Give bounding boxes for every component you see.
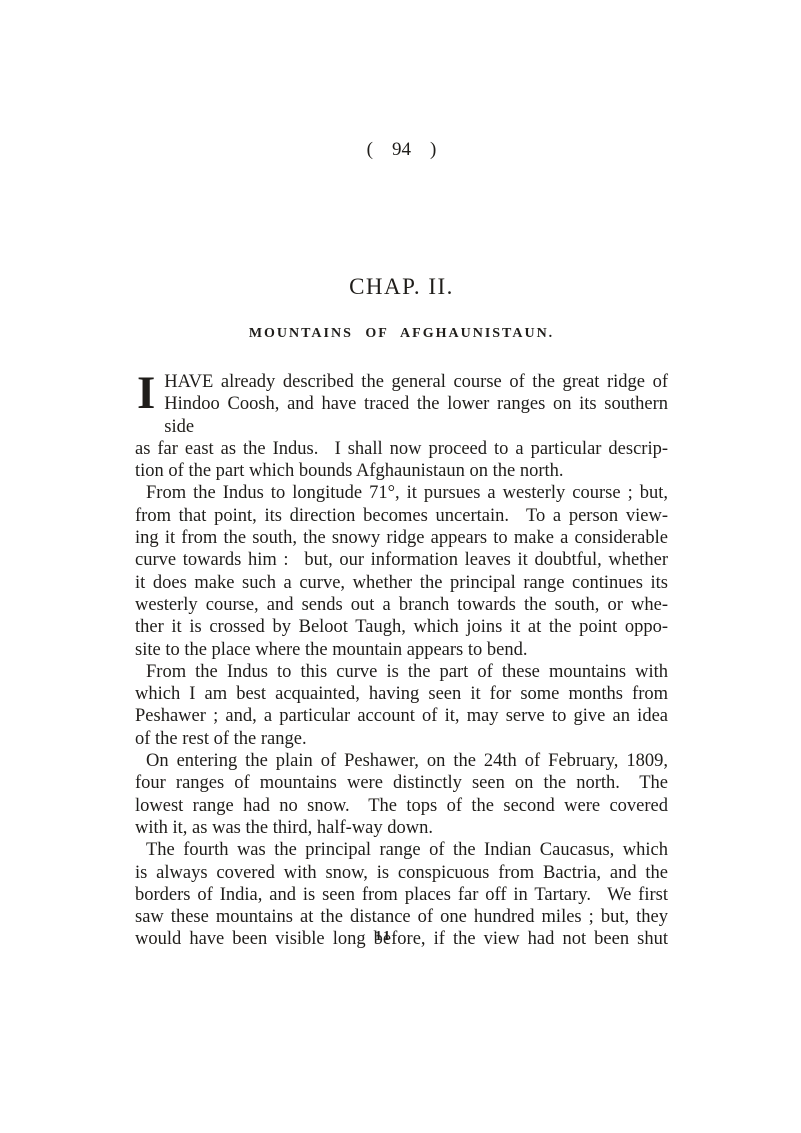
text-line: four ranges of mountains were distinctly… xyxy=(135,772,668,794)
paragraph-1: I HAVE already described the general cou… xyxy=(135,371,668,482)
text-line: On entering the plain of Peshawer, on th… xyxy=(135,750,668,772)
text-line: which I am best acquainted, having seen … xyxy=(135,683,668,705)
text-line: is always covered with snow, is conspicu… xyxy=(135,862,668,884)
drop-cap: I xyxy=(137,372,155,416)
text-line: Hindoo Coosh, and have traced the lower … xyxy=(135,393,668,438)
text-line: site to the place where the mountain app… xyxy=(135,639,668,661)
text-line: from that point, its direction becomes u… xyxy=(135,505,668,527)
text-line: tion of the part which bounds Afghaunist… xyxy=(135,460,668,482)
book-page: ( 94 ) CHAP. II. MOUNTAINS OF AFGHAUNIST… xyxy=(0,0,801,1133)
text-line: HAVE already described the general cours… xyxy=(135,371,668,393)
text-line: of the rest of the range. xyxy=(135,728,668,750)
signature-mark: 11 xyxy=(135,929,668,945)
text-line: From the Indus to this curve is the part… xyxy=(135,661,668,683)
text-line: curve towards him : but, our information… xyxy=(135,549,668,571)
text-line: westerly course, and sends out a branch … xyxy=(135,594,668,616)
paragraph-4: On entering the plain of Peshawer, on th… xyxy=(135,750,668,839)
text-line: saw these mountains at the distance of o… xyxy=(135,906,668,928)
text-line: From the Indus to longitude 71°, it purs… xyxy=(135,482,668,504)
section-heading: MOUNTAINS OF AFGHAUNISTAUN. xyxy=(135,326,668,342)
paragraph-2: From the Indus to longitude 71°, it purs… xyxy=(135,482,668,660)
text-line: it does make such a curve, whether the p… xyxy=(135,572,668,594)
page-number: ( 94 ) xyxy=(135,139,668,161)
text-line: as far east as the Indus. I shall now pr… xyxy=(135,438,668,460)
text-line: The fourth was the principal range of th… xyxy=(135,839,668,861)
text-line: borders of India, and is seen from place… xyxy=(135,884,668,906)
body-text: I HAVE already described the general cou… xyxy=(135,371,668,951)
text-line: Peshawer ; and, a particular account of … xyxy=(135,705,668,727)
text-line: lowest range had no snow. The tops of th… xyxy=(135,795,668,817)
text-line: ing it from the south, the snowy ridge a… xyxy=(135,527,668,549)
text-line: with it, as was the third, half-way down… xyxy=(135,817,668,839)
text-line: ther it is crossed by Beloot Taugh, whic… xyxy=(135,616,668,638)
chapter-heading: CHAP. II. xyxy=(135,274,668,300)
paragraph-3: From the Indus to this curve is the part… xyxy=(135,661,668,750)
